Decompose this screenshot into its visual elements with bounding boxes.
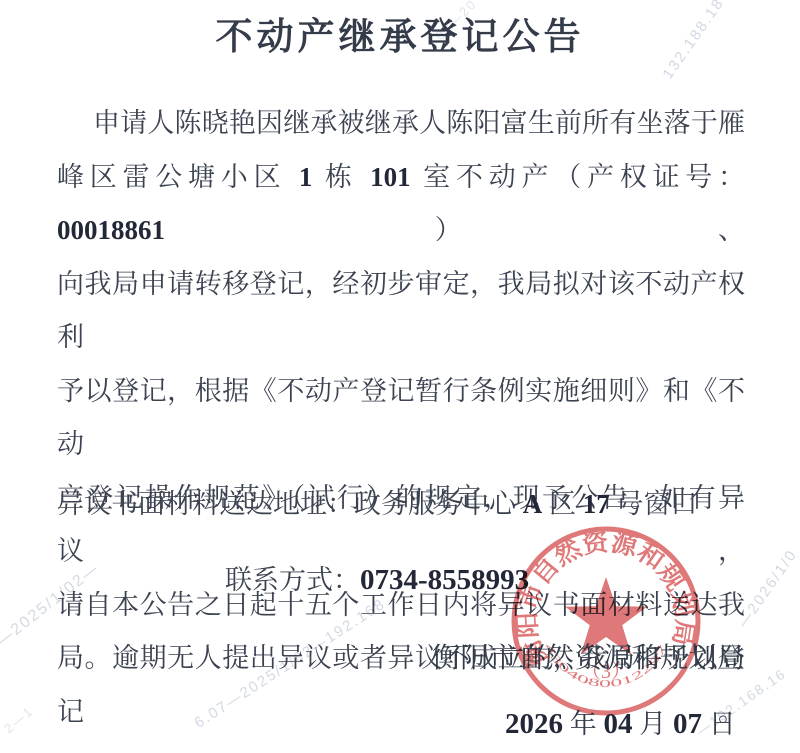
text-segment: 予以登记，根据《不动产登记暂行条例实施细则》和《不动 (57, 376, 745, 460)
issuer-name: 衡阳市自然资源和规划局 (432, 636, 746, 676)
text-segment: A (523, 489, 543, 519)
text-segment: 日 (702, 709, 736, 739)
text-segment: 17 (583, 489, 610, 519)
notice-title: 不动产继承登记公告 (0, 6, 800, 60)
official-seal: 衡阳市自然资源和规划局 （3） 4304080012297 (506, 521, 706, 721)
text-segment: 年 (563, 709, 604, 739)
text-segment: 2026 (505, 708, 563, 740)
text-segment: 联系方式： (225, 565, 360, 595)
objection-address-line: 异议书面材料送达地址：政务服务中心 A 区 17 号窗口 (57, 482, 698, 521)
text-segment: 峰区雷公塘小区 (57, 162, 299, 192)
notice-document-page: 132.188.18 02—20 —2025/1/02— 6.07—2025/1… (0, 0, 800, 753)
paragraph-line: 予以登记，根据《不动产登记暂行条例实施细则》和《不动 (57, 365, 745, 472)
text-segment: 向我局申请转移登记，经初步审定，我局拟对该不动产权利 (57, 269, 745, 353)
issue-date: 2026 年 04 月 07 日 (505, 702, 736, 741)
text-segment: 1 (299, 162, 313, 192)
text-segment: 室不动产（产权证号： (411, 162, 745, 192)
text-segment: 0734-8558993 (360, 564, 529, 596)
text-segment: 异议书面材料送达地址：政务服务中心 (57, 489, 523, 519)
text-segment: 申请人陈晓艳因继承被继承人陈阳富生前所有坐落于雁 (93, 108, 745, 138)
text-segment: 栋 (312, 162, 370, 192)
contact-phone-line: 联系方式：0734-8558993 (225, 558, 529, 597)
paragraph-line: 峰区雷公塘小区 1 栋 101 室不动产（产权证号：00018861）、 (57, 151, 745, 258)
text-segment: 04 (604, 708, 633, 740)
paragraph-line: 向我局申请转移登记，经初步审定，我局拟对该不动产权利 (57, 258, 745, 365)
text-segment: 101 (370, 162, 411, 192)
text-segment: 月 (633, 709, 674, 739)
watermark-text: 2—1 (1, 703, 36, 736)
paragraph-line: 申请人陈晓艳因继承被继承人陈阳富生前所有坐落于雁 (57, 97, 745, 151)
text-segment: 号窗口 (610, 489, 698, 519)
text-segment: ）、 (165, 215, 745, 245)
text-segment: 00018861 (57, 215, 165, 245)
text-segment: 区 (542, 489, 583, 519)
text-segment: 07 (673, 708, 702, 740)
